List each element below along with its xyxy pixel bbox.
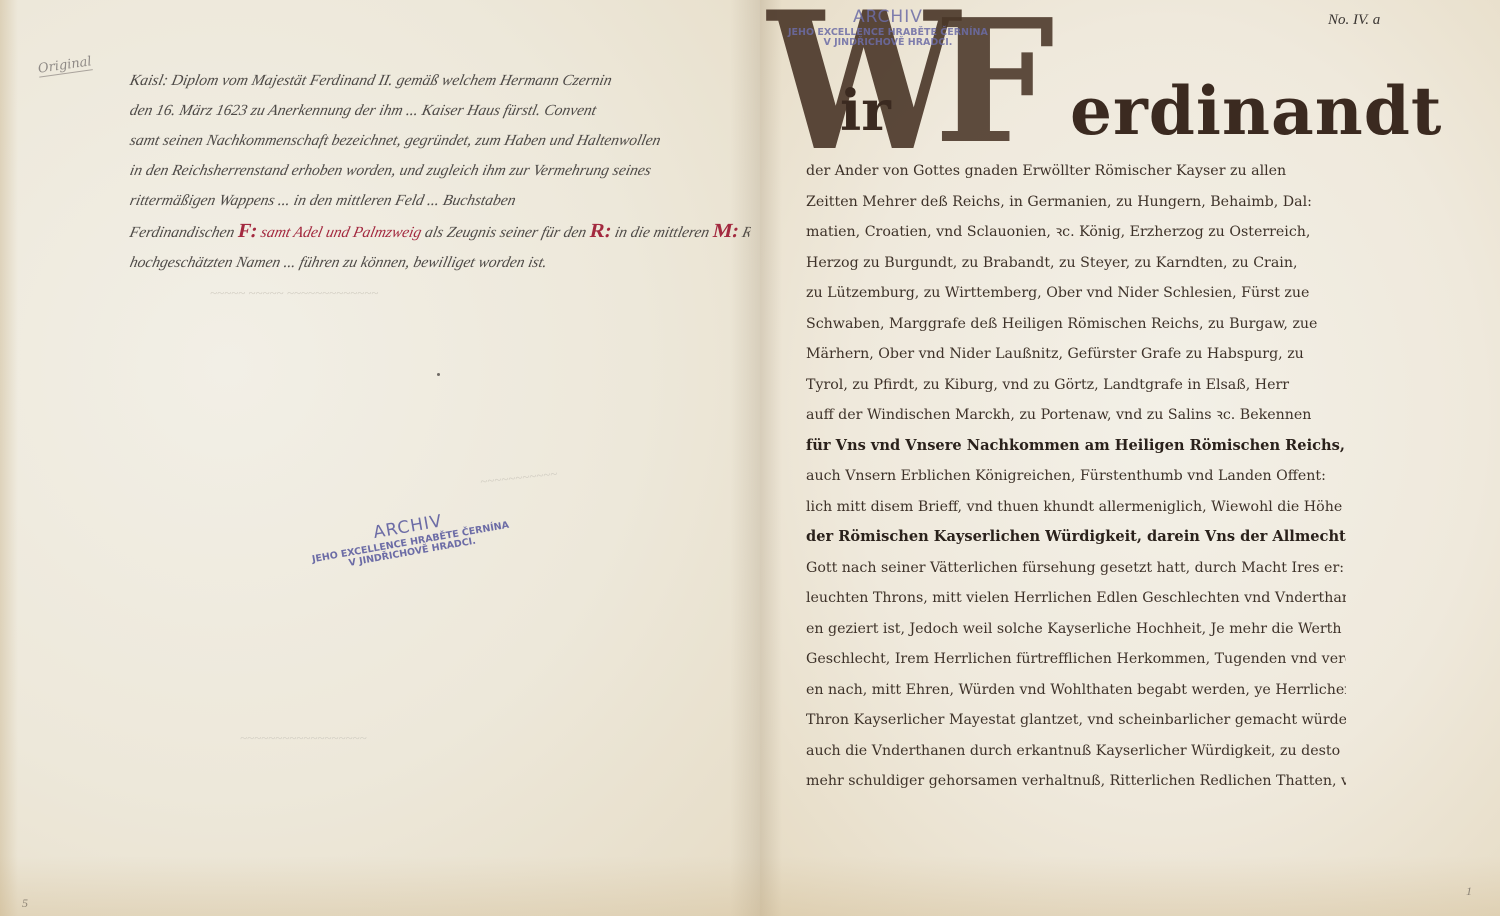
show-through-signature: ~~~~~~~~~~~ bbox=[479, 466, 558, 490]
right-page-text: der Ander von Gottes gnaden Erwöllter Rö… bbox=[806, 156, 1346, 797]
text-line: Kaisl: Diplom vom Majestät Ferdinand II.… bbox=[127, 66, 753, 96]
text-line: zu Lützemburg, zu Wirttemberg, Ober vnd … bbox=[806, 278, 1346, 309]
red-mark-f: F: bbox=[236, 220, 260, 242]
text-line: leuchten Throns, mitt vielen Herrlichen … bbox=[806, 583, 1346, 614]
show-through-text: ~~~~~~~~~~~~~~~~~~ bbox=[240, 730, 367, 746]
text-line: auff der Windischen Marckh, zu Portenaw,… bbox=[806, 400, 1346, 431]
heading-erdinandt: erdinandt bbox=[1070, 72, 1442, 150]
red-phrase: samt Adel und bbox=[259, 224, 351, 241]
margin-note: Original bbox=[37, 54, 93, 77]
text-line: Tyrol, zu Pfirdt, zu Kiburg, vnd zu Gört… bbox=[806, 370, 1346, 401]
red-mark-m: M: bbox=[711, 220, 741, 242]
text-line-emphasis: der Römischen Kayserlichen Würdigkeit, d… bbox=[806, 522, 1346, 553]
text-line: auch die Vnderthanen durch erkantnuß Kay… bbox=[806, 736, 1346, 767]
text-line: in den Reichsherrenstand erhoben worden,… bbox=[127, 156, 753, 186]
text-fragment: in die mittleren bbox=[613, 224, 711, 241]
text-line: hochgeschätzten Namen ... führen zu könn… bbox=[127, 248, 753, 278]
text-line: der Ander von Gottes gnaden Erwöllter Rö… bbox=[806, 156, 1346, 187]
red-phrase: Palmzweig bbox=[351, 224, 423, 241]
text-line: mehr schuldiger gehorsamen verhaltnuß, R… bbox=[806, 766, 1346, 797]
show-through-text: ~~~~~ ~~~~~ ~~~~~~~~~~~~~ bbox=[210, 285, 378, 301]
text-fragment: Ferdinandischen bbox=[128, 224, 236, 241]
text-line: Geschlecht, Irem Herrlichen fürtrefflich… bbox=[806, 644, 1346, 675]
stamp-line: V JINDŘICHOVĚ HRADCI. bbox=[788, 38, 988, 49]
paper-edge-shadow bbox=[0, 0, 18, 916]
ink-speck bbox=[437, 373, 440, 376]
text-line: Zeitten Mehrer deß Reichs, in Germanien,… bbox=[806, 187, 1346, 218]
text-line: en nach, mitt Ehren, Würden vnd Wohlthat… bbox=[806, 675, 1346, 706]
left-page: Original Kaisl: Diplom vom Majestät Ferd… bbox=[0, 0, 760, 916]
text-line: Gott nach seiner Vätterlichen fürsehung … bbox=[806, 553, 1346, 584]
text-line: lich mitt disem Brieff, vnd thuen khundt… bbox=[806, 492, 1346, 523]
text-fragment: als Zeugnis seiner für den bbox=[423, 224, 588, 241]
text-fragment: Rat ... bbox=[741, 224, 754, 241]
archive-stamp: ARCHIV JEHO EXCELLENCE HRABĚTE ČERNÍNA V… bbox=[788, 8, 988, 49]
paper-edge-shadow bbox=[0, 856, 1500, 916]
reference-number: No. IV. a bbox=[1328, 12, 1380, 29]
text-line: den 16. März 1623 zu Anerkennung der ihm… bbox=[127, 96, 753, 126]
heading-ir: ir bbox=[840, 78, 891, 144]
text-line-emphasis: für Vns vnd Vnsere Nachkommen am Heilige… bbox=[806, 431, 1346, 462]
text-line: en geziert ist, Jedoch weil solche Kayse… bbox=[806, 614, 1346, 645]
text-line: Märhern, Ober vnd Nider Laußnitz, Gefürs… bbox=[806, 339, 1346, 370]
text-line: auch Vnsern Erblichen Königreichen, Fürs… bbox=[806, 461, 1346, 492]
text-line: Herzog zu Burgundt, zu Brabandt, zu Stey… bbox=[806, 248, 1346, 279]
text-line-with-red-marks: Ferdinandischen F: samt Adel und Palmzwe… bbox=[127, 216, 754, 248]
text-line: rittermäßigen Wappens ... in den mittler… bbox=[127, 186, 753, 216]
red-mark-r: R: bbox=[588, 220, 614, 242]
manuscript-spread: Original Kaisl: Diplom vom Majestät Ferd… bbox=[0, 0, 1500, 916]
left-page-text: Kaisl: Diplom vom Majestät Ferdinand II.… bbox=[130, 66, 750, 278]
text-line: matien, Croatien, vnd Sclauonien, ꝛc. Kö… bbox=[806, 217, 1346, 248]
archive-stamp: ARCHIV JEHO EXCELLENCE HRABĚTE ČERNÍNA V… bbox=[308, 501, 512, 576]
text-line: Schwaben, Marggrafe deß Heiligen Römisch… bbox=[806, 309, 1346, 340]
text-line: samt seinen Nachkommenschaft bezeichnet,… bbox=[127, 126, 753, 156]
text-line: Thron Kayserlicher Mayestat glantzet, vn… bbox=[806, 705, 1346, 736]
stamp-line: ARCHIV bbox=[788, 8, 988, 28]
